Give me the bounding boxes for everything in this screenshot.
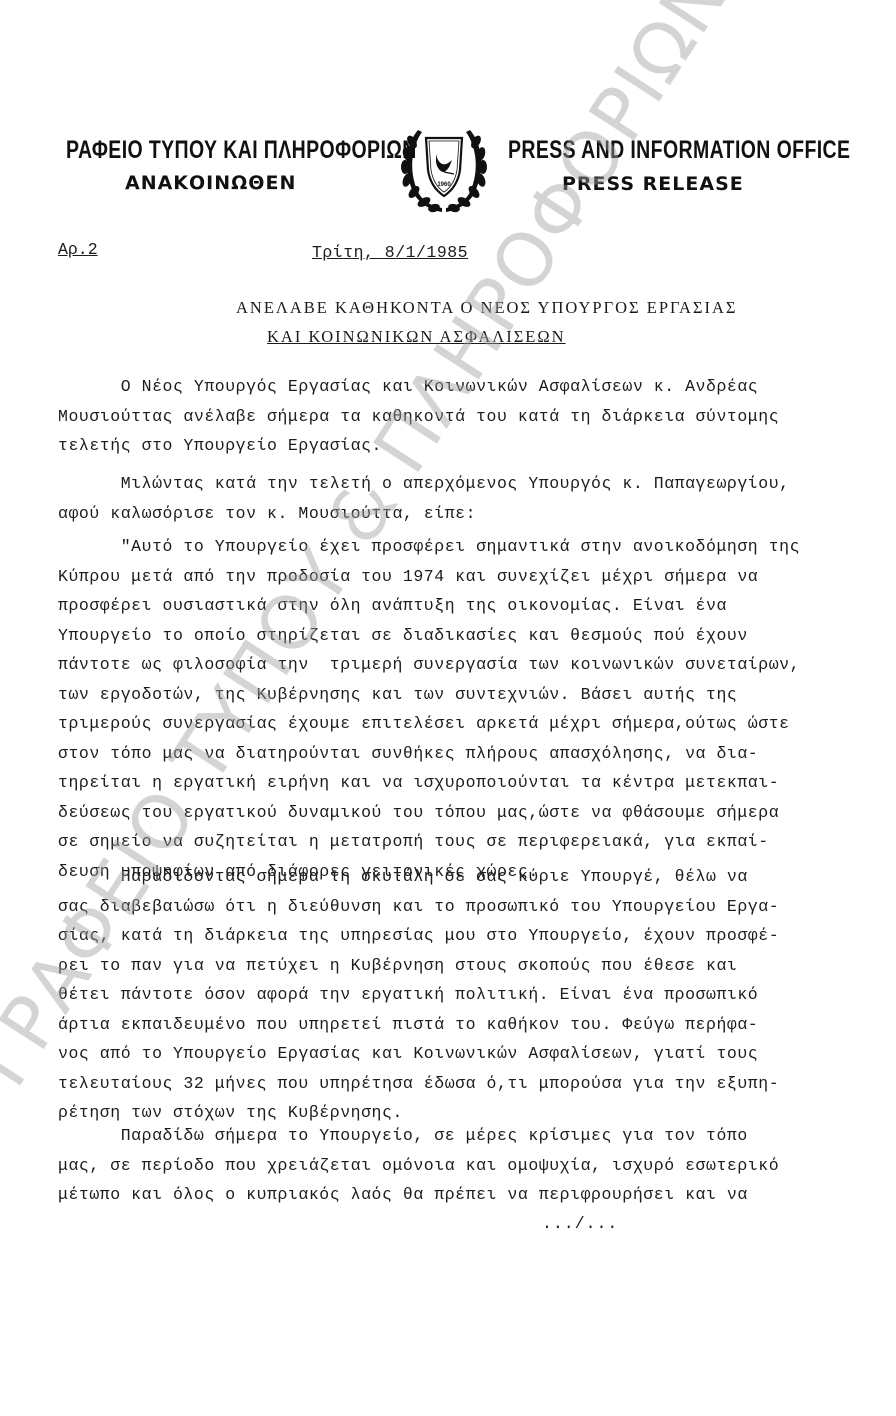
svg-text:1960: 1960 <box>437 182 451 188</box>
text-line: τηρείται η εργατική ειρήνη και να ισχυρο… <box>58 768 828 798</box>
text-line: άρτια εκπαιδευμένο που υπηρετεί πιστά το… <box>58 1010 828 1040</box>
text-line: νος από το Υπουργείο Εργασίας και Κοινων… <box>58 1039 828 1069</box>
text-line: στον τόπο μας να διατηρούνται συνθήκες π… <box>58 739 828 769</box>
text-line: σίας, κατά τη διάρκεια της υπηρεσίας μου… <box>58 921 828 951</box>
text-line: ρει το παν για να πετύχει η Κυβέρνηση στ… <box>58 951 828 981</box>
text-line: τελευταίους 32 μήνες που υπηρέτησα έδωσα… <box>58 1069 828 1099</box>
text-line: σας διαβεβαιώσω ότι η διεύθυνση και το π… <box>58 892 828 922</box>
press-release-page: ΡΑΦΕΙΟ ΤΥΠΟΥ ΚΑΙ ΠΛΗΡΟΦΟΡΙΩΝ ΑΝΑΚΟΙΝΩΘΕΝ <box>0 0 896 1416</box>
paragraph-2: Μιλώντας κατά την τελετή ο απερχόμενος Υ… <box>58 469 828 528</box>
text-line: Μουσιούττας ανέλαβε σήμερα τα καθηκοντά … <box>58 402 828 432</box>
paragraph-3: "Αυτό το Υπουργείο έχει προσφέρει σημαντ… <box>58 532 828 886</box>
text-line: "Αυτό το Υπουργείο έχει προσφέρει σημαντ… <box>58 532 828 562</box>
cyprus-coat-of-arms-icon: 1960 <box>396 124 492 214</box>
text-line: Μιλώντας κατά την τελετή ο απερχόμενος Υ… <box>58 469 828 499</box>
text-line: σε σημείο να συζητείται η μετατροπή τους… <box>58 827 828 857</box>
text-line: Ο Νέος Υπουργός Εργασίας και Κοινωνικών … <box>58 372 828 402</box>
paragraph-5: Παραδίδω σήμερα το Υπουργείο, σε μέρες κ… <box>58 1121 828 1210</box>
text-line: αφού καλωσόρισε τον κ. Μουσιούττα, είπε: <box>58 499 828 529</box>
text-line: Παραδίδω σήμερα το Υπουργείο, σε μέρες κ… <box>58 1121 828 1151</box>
paragraph-1: Ο Νέος Υπουργός Εργασίας και Κοινωνικών … <box>58 372 828 461</box>
continuation-marker: .../... <box>542 1214 618 1233</box>
headline-line-2: ΚΑΙ ΚΟΙΝΩΝΙΚΩΝ ΑΣΦΑΛΙΣΕΩΝ <box>267 327 566 347</box>
greek-office-title: ΡΑΦΕΙΟ ΤΥΠΟΥ ΚΑΙ ΠΛΗΡΟΦΟΡΙΩΝ <box>66 136 417 165</box>
text-line: τριμερούς συνεργασίας έχουμε επιτελέσει … <box>58 709 828 739</box>
text-line: των εργοδοτών, της Κυβέρνησης και των συ… <box>58 680 828 710</box>
text-line: θέτει πάντοτε όσον αφορά την εργατική πο… <box>58 980 828 1010</box>
text-line: προσφέρει ουσιαστικά στην όλη ανάπτυξη τ… <box>58 591 828 621</box>
headline-line-1: ΑΝΕΛΑΒΕ ΚΑΘΗΚΟΝΤΑ Ο ΝΕΟΣ ΥΠΟΥΡΓΟΣ ΕΡΓΑΣΙ… <box>236 298 738 318</box>
text-line: μας, σε περίοδο που χρειάζεται ομόνοια κ… <box>58 1151 828 1181</box>
text-line: τελετής στο Υπουργείο Εργασίας. <box>58 431 828 461</box>
release-date: Τρίτη, 8/1/1985 <box>312 243 468 262</box>
text-line: Υπουργείο το οποίο στηρίζεται σε διαδικα… <box>58 621 828 651</box>
text-line: πάντοτε ως φιλοσοφία την τριμερή συνεργα… <box>58 650 828 680</box>
english-release-label: PRESS RELEASE <box>562 173 744 195</box>
greek-release-label: ΑΝΑΚΟΙΝΩΘΕΝ <box>125 172 296 194</box>
text-line: μέτωπο και όλος ο κυπριακός λαός θα πρέπ… <box>58 1180 828 1210</box>
text-line: δεύσεως του εργατικού δυναμικού του τόπο… <box>58 798 828 828</box>
paragraph-4: Παραδίδοντας σήμερα τη σκυτάλη σε σας κύ… <box>58 862 828 1128</box>
english-office-title: PRESS AND INFORMATION OFFICE <box>508 136 850 165</box>
release-number: Αρ.2 <box>58 240 98 259</box>
text-line: Κύπρου μετά από την προδοσία του 1974 κα… <box>58 562 828 592</box>
text-line: Παραδίδοντας σήμερα τη σκυτάλη σε σας κύ… <box>58 862 828 892</box>
